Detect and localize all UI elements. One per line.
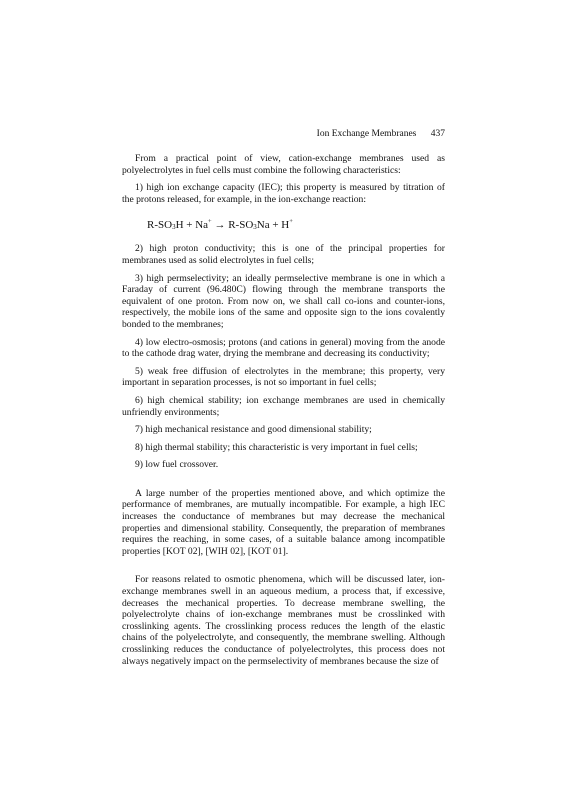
list-item-2: 2) high proton conductivity; this is one… bbox=[122, 243, 445, 266]
running-title: Ion Exchange Membranes bbox=[317, 129, 417, 139]
eq-reactant-tail: H + Na bbox=[176, 219, 208, 231]
list-item-5: 5) weak free diffusion of electrolytes i… bbox=[122, 366, 445, 389]
reaction-arrow-icon: → bbox=[212, 219, 229, 231]
list-item-3: 3) high permselectivity; an ideally perm… bbox=[122, 273, 445, 331]
swelling-paragraph: For reasons related to osmotic phenomena… bbox=[122, 574, 445, 667]
intro-paragraph: From a practical point of view, cation-e… bbox=[122, 153, 445, 176]
list-item-6: 6) high chemical stability; ion exchange… bbox=[122, 395, 445, 418]
list-item-4: 4) low electro-osmosis; protons (and cat… bbox=[122, 337, 445, 360]
eq-reactant: R-SO bbox=[147, 219, 172, 231]
incompatibility-paragraph: A large number of the properties mention… bbox=[122, 488, 445, 558]
list-item-9: 9) low fuel crossover. bbox=[122, 459, 445, 471]
ion-exchange-equation: R-SO3H + Na+ → R-SO3Na + H+ bbox=[147, 215, 445, 234]
page-body: From a practical point of view, cation-e… bbox=[122, 153, 445, 667]
page-number: 437 bbox=[431, 129, 445, 139]
eq-superscript: + bbox=[289, 218, 293, 225]
list-item-8: 8) high thermal stability; this characte… bbox=[122, 442, 445, 454]
list-item-1: 1) high ion exchange capacity (IEC); thi… bbox=[122, 182, 445, 205]
list-item-7: 7) high mechanical resistance and good d… bbox=[122, 424, 445, 436]
book-page: Ion Exchange Membranes 437 From a practi… bbox=[0, 0, 565, 800]
eq-product: R-SO bbox=[228, 219, 253, 231]
running-header: Ion Exchange Membranes 437 bbox=[122, 128, 445, 140]
eq-product-tail: Na + H bbox=[257, 219, 289, 231]
